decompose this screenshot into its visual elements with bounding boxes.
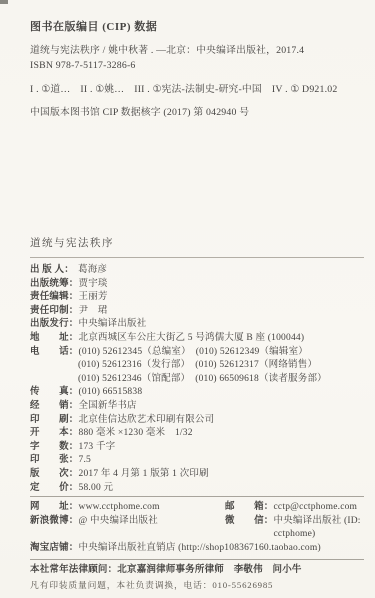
colophon-row: 地 址：北京西城区车公庄大街乙 5 号鸿儒大厦 B 座 (100044): [30, 332, 364, 346]
field-label: 淘宝店铺：: [30, 542, 79, 556]
cip-line: 道统与宪法秩序 / 姚中秋著 . —北京：中央编译出版社，2017.4: [30, 44, 364, 59]
field-label: 电 话：: [30, 346, 79, 360]
field-label: 印 刷：: [30, 414, 79, 428]
field-value: cctp@cctphome.com: [274, 501, 358, 515]
title-divider: [30, 257, 364, 258]
copyright-page: 图书在版编目 (CIP) 数据 道统与宪法秩序 / 姚中秋著 . —北京：中央编…: [0, 0, 375, 598]
contact-pair: 网 址：www.cctphome.com: [30, 501, 225, 515]
contact-row: 新浪微博：@ 中央编译出版社微 信：中央编译出版社 (ID: cctphome): [30, 515, 364, 542]
field-label: 新浪微博：: [30, 515, 79, 542]
field-value: 58.00 元: [79, 482, 364, 496]
field-value: 中央编译出版社 (ID: cctphome): [274, 515, 364, 542]
field-label: 微 信：: [225, 515, 274, 542]
field-label: 邮 箱：: [225, 501, 274, 515]
contact-pair: 新浪微博：@ 中央编译出版社: [30, 515, 225, 542]
cip-lines: 道统与宪法秩序 / 姚中秋著 . —北京：中央编译出版社，2017.4ISBN …: [30, 44, 364, 120]
colophon-row: 印 张：7.5: [30, 454, 364, 468]
field-label: [30, 359, 78, 373]
field-label: 责任印制：: [30, 305, 79, 319]
contact-row: 淘宝店铺：中央编译出版社直销店 (http://shop108367160.ta…: [30, 542, 364, 556]
field-label: 网 址：: [30, 501, 79, 515]
colophon-row: 责任编辑：王丽芳: [30, 291, 364, 305]
field-label: 出版发行：: [30, 318, 79, 332]
colophon-row: 责任印制：尹 珺: [30, 305, 364, 319]
contact-row: 网 址：www.cctphome.com邮 箱：cctp@cctphome.co…: [30, 501, 364, 515]
colophon-row: 字 数：173 千字: [30, 441, 364, 455]
field-value: (010) 52612345（总编室） (010) 52612349（编辑室）: [79, 346, 364, 360]
field-value: 尹 珺: [79, 305, 364, 319]
colophon-row: (010) 52612346（馆配部） (010) 66509618（读者服务部…: [30, 373, 364, 387]
field-value: www.cctphome.com: [79, 501, 225, 515]
field-label: 出版统筹：: [30, 278, 79, 292]
contact-pair: 淘宝店铺：中央编译出版社直销店 (http://shop108367160.ta…: [30, 542, 321, 556]
field-value: 173 千字: [79, 441, 364, 455]
field-value: 880 毫米 ×1230 毫米 1/32: [79, 427, 364, 441]
footer-divider: [30, 559, 364, 560]
contacts-divider: [30, 496, 364, 497]
field-label: 版 次：: [30, 468, 79, 482]
cip-line: ISBN 978-7-5117-3286-6: [30, 59, 364, 74]
colophon-row: 印 刷：北京佳信达欣艺术印刷有限公司: [30, 414, 364, 428]
field-value: 中央编译出版社直销店 (http://shop108367160.taobao.…: [79, 542, 321, 556]
colophon-row: 经 销：全国新华书店: [30, 400, 364, 414]
contact-pair: 邮 箱：cctp@cctphome.com: [225, 501, 357, 515]
cip-line: I . ①道… II . ①姚… III . ①宪法-法制史-研究-中国 IV …: [30, 83, 364, 98]
field-value: (010) 52612316（发行部） (010) 52612317（网络销售）: [78, 359, 364, 373]
cip-header: 图书在版编目 (CIP) 数据: [30, 20, 364, 34]
field-label: 地 址：: [30, 332, 79, 346]
field-label: 字 数：: [30, 441, 79, 455]
print-quality-line: 凡有印装质量问题，本社负责调换，电话：010-55626985: [30, 579, 364, 593]
colophon-row: 开 本：880 毫米 ×1230 毫米 1/32: [30, 427, 364, 441]
field-label: 出 版 人：: [30, 264, 78, 278]
field-value: 王丽芳: [79, 291, 364, 305]
contact-pair: 微 信：中央编译出版社 (ID: cctphome): [225, 515, 364, 542]
field-label: 传 真：: [30, 386, 79, 400]
field-value: 中央编译出版社: [79, 318, 364, 332]
field-value: (010) 52612346（馆配部） (010) 66509618（读者服务部…: [78, 373, 364, 387]
colophon-row: 出版发行：中央编译出版社: [30, 318, 364, 332]
cip-line: 中国版本图书馆 CIP 数据核字 (2017) 第 042940 号: [30, 106, 364, 121]
colophon-row: 电 话：(010) 52612345（总编室） (010) 52612349（编…: [30, 346, 364, 360]
field-label: 印 张：: [30, 454, 79, 468]
field-value: 北京西城区车公庄大街乙 5 号鸿儒大厦 B 座 (100044): [79, 332, 364, 346]
field-value: 7.5: [79, 454, 364, 468]
field-label: 开 本：: [30, 427, 79, 441]
field-label: [30, 373, 78, 387]
colophon-row: 传 真：(010) 66515838: [30, 386, 364, 400]
field-label: 经 销：: [30, 400, 79, 414]
colophon-row: (010) 52612316（发行部） (010) 52612317（网络销售）: [30, 359, 364, 373]
field-value: 葛海彦: [78, 264, 364, 278]
colophon-row: 出 版 人：葛海彦: [30, 264, 364, 278]
colophon-rows: 出 版 人：葛海彦出版统筹：贾宇琰责任编辑：王丽芳责任印制：尹 珺出版发行：中央…: [30, 264, 364, 495]
colophon-row: 版 次：2017 年 4 月第 1 版第 1 次印刷: [30, 468, 364, 482]
book-title: 道统与宪法秩序: [30, 237, 364, 251]
legal-counsel-line: 本社常年法律顾问：北京嘉润律师事务所律师 李敬伟 问小牛: [30, 564, 364, 578]
field-value: (010) 66515838: [79, 386, 364, 400]
field-value: 2017 年 4 月第 1 版第 1 次印刷: [79, 468, 364, 482]
colophon-row: 出版统筹：贾宇琰: [30, 278, 364, 292]
contact-rows: 网 址：www.cctphome.com邮 箱：cctp@cctphome.co…: [30, 501, 364, 555]
field-label: 定 价：: [30, 482, 79, 496]
scan-edge-artifact: [0, 0, 8, 4]
field-value: @ 中央编译出版社: [79, 515, 225, 542]
field-value: 全国新华书店: [79, 400, 364, 414]
field-value: 北京佳信达欣艺术印刷有限公司: [79, 414, 364, 428]
field-value: 贾宇琰: [79, 278, 364, 292]
field-label: 责任编辑：: [30, 291, 79, 305]
colophon-row: 定 价：58.00 元: [30, 482, 364, 496]
